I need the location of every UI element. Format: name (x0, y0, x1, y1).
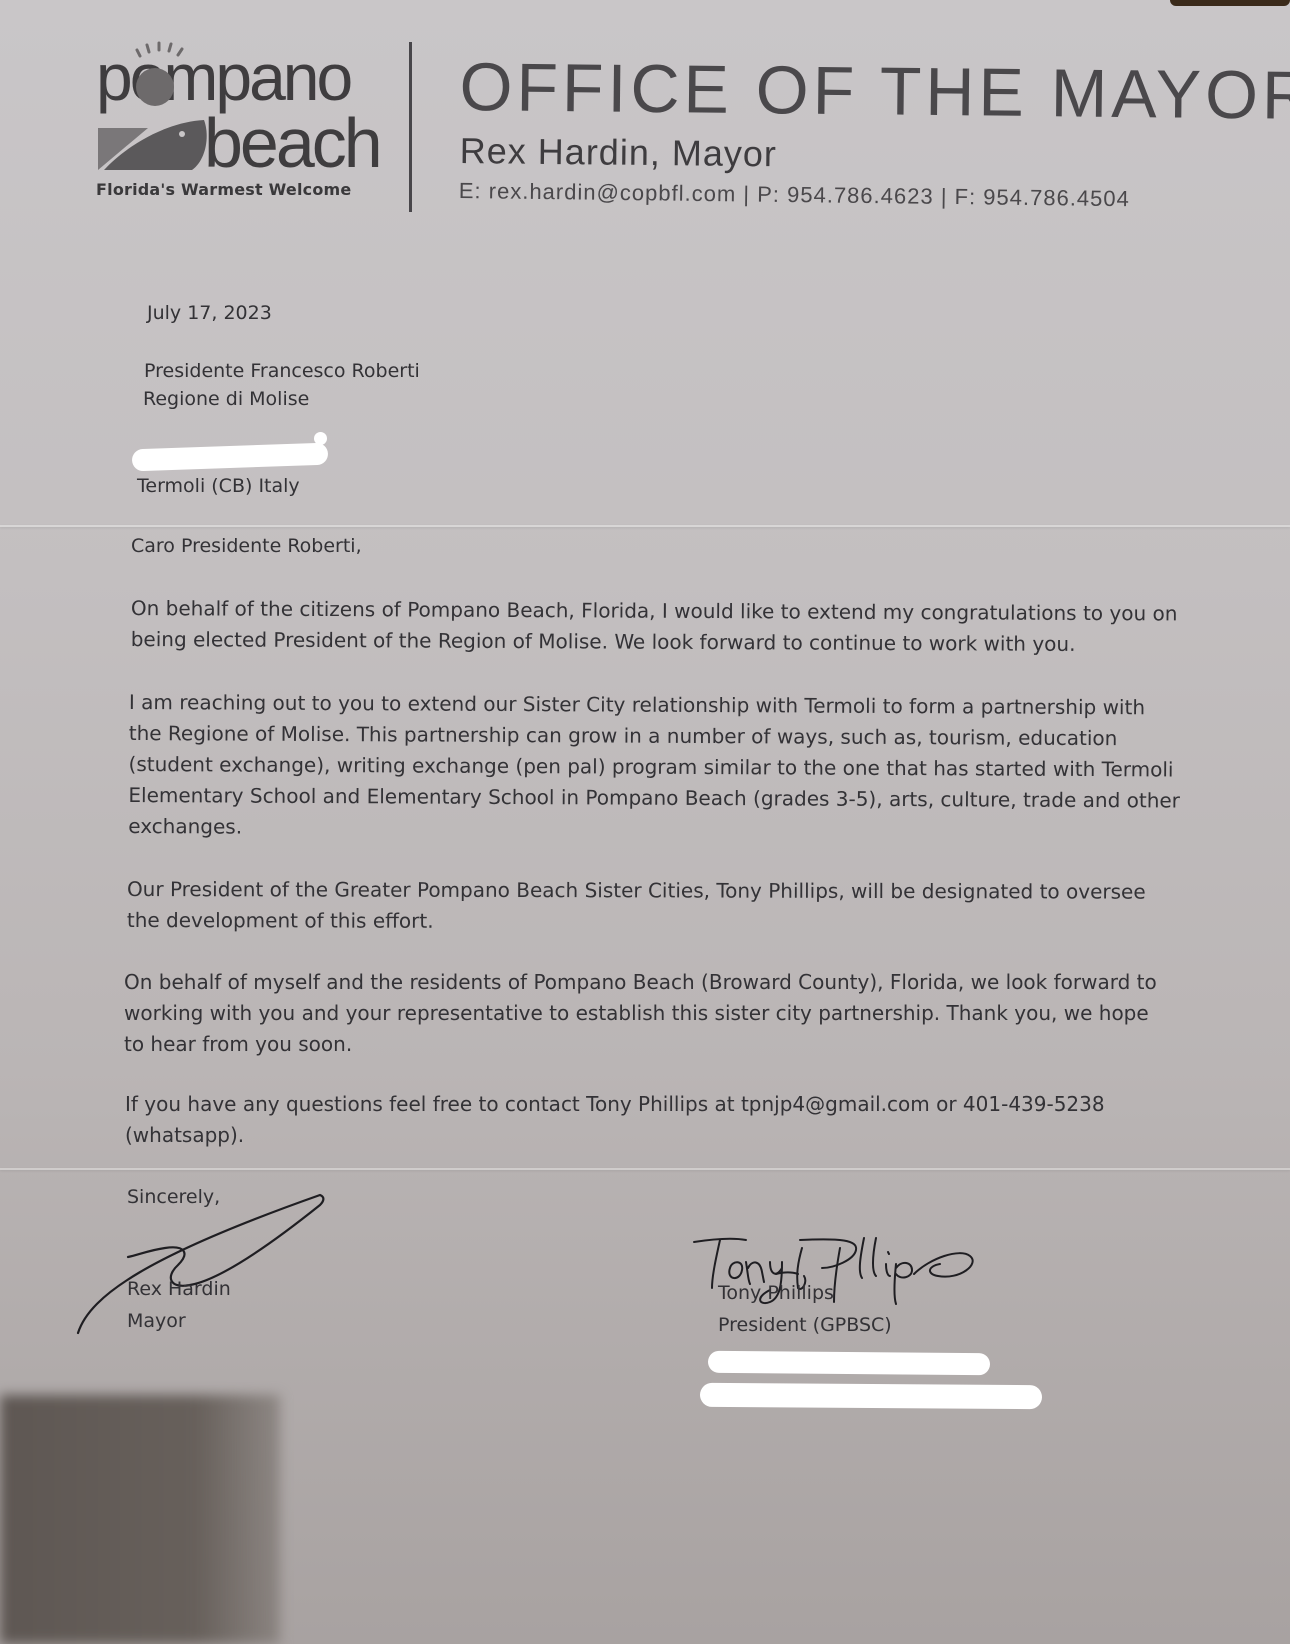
paragraph-line: Our President of the Greater Pompano Bea… (127, 874, 1146, 908)
paragraph-5: If you have any questions feel free to c… (125, 1089, 1105, 1151)
recipient-city: Termoli (CB) Italy (137, 475, 300, 497)
salutation: Caro Presidente Roberti, (131, 535, 362, 557)
paper-fold-line (0, 525, 1290, 527)
redacted-address-line-2 (700, 1383, 1042, 1409)
paragraph-line: being elected President of the Region of… (131, 624, 1178, 660)
paper-fold-line (0, 1168, 1290, 1170)
redacted-address (132, 443, 329, 472)
letter-date: July 17, 2023 (147, 302, 272, 324)
letterhead-divider (409, 42, 412, 212)
redacted-address-line-1 (708, 1351, 990, 1375)
office-title: OFFICE OF THE MAYOR (459, 48, 1290, 135)
paragraph-line: to hear from you soon. (124, 1029, 1157, 1060)
mayor-name-title: Rex Hardin, Mayor (460, 130, 778, 175)
paragraph-line: (whatsapp). (125, 1120, 1105, 1151)
paragraph-1: On behalf of the citizens of Pompano Bea… (131, 593, 1178, 660)
pompano-beach-logo: pompano beach Florida's Warmest Welcome (96, 38, 376, 208)
paragraph-2: I am reaching out to you to extend our S… (128, 687, 1180, 848)
logo-word-pompano: pompano (96, 44, 350, 110)
recipient-region: Regione di Molise (143, 388, 309, 410)
president-signatory-title: President (GPBSC) (718, 1314, 892, 1336)
mayor-signature (70, 1185, 330, 1335)
contact-line: E: rex.hardin@copbfl.com | P: 954.786.46… (459, 178, 1130, 212)
paragraph-line: If you have any questions feel free to c… (125, 1089, 1105, 1120)
paragraph-3: Our President of the Greater Pompano Bea… (127, 874, 1146, 939)
mayor-signatory-title: Mayor (127, 1310, 186, 1332)
paragraph-line: Elementary School and Elementary School … (128, 780, 1180, 817)
redaction-mark (314, 432, 327, 445)
president-signatory-name: Tony Phillips (718, 1282, 834, 1304)
paragraph-line: working with you and your representative… (124, 998, 1157, 1029)
background-edge (1170, 0, 1290, 6)
fish-icon (96, 116, 208, 172)
hand-shadow (0, 1395, 280, 1644)
logo-tagline: Florida's Warmest Welcome (96, 180, 351, 199)
paragraph-line: On behalf of myself and the residents of… (124, 967, 1157, 998)
paragraph-4: On behalf of myself and the residents of… (124, 967, 1157, 1060)
paragraph-line: exchanges. (128, 811, 1180, 848)
paragraph-line: the development of this effort. (127, 905, 1146, 939)
recipient-name: Presidente Francesco Roberti (144, 360, 420, 382)
mayor-signatory-name: Rex Hardin (127, 1278, 231, 1300)
sun-icon (136, 68, 174, 106)
logo-word-beach: beach (204, 108, 380, 178)
